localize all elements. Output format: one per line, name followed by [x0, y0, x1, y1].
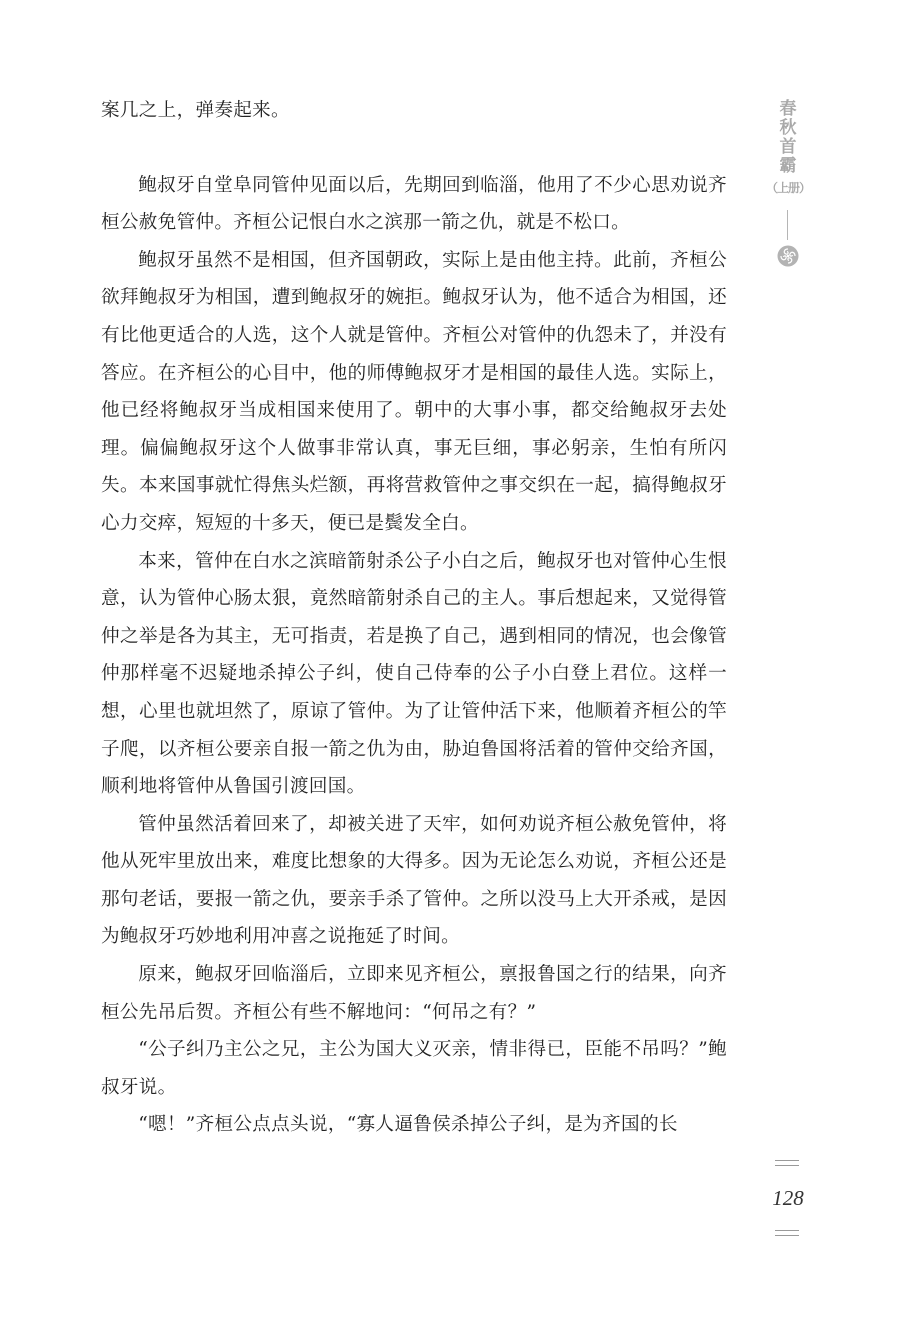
paragraph: 管仲虽然活着回来了，却被关进了天牢，如何劝说齐桓公赦免管仲，将他从死牢里放出来，…	[101, 806, 727, 956]
page-number: 128	[768, 1186, 808, 1211]
book-title-char: 首	[766, 138, 810, 157]
book-title-char: 霸	[766, 157, 810, 176]
folio-rule-bottom	[775, 1230, 799, 1236]
volume-label: （上册）	[766, 180, 810, 196]
book-page: 案几之上，弹奏起来。 鲍叔牙自堂阜同管仲见面以后，先期回到临淄，他用了不少心思劝…	[0, 0, 913, 1338]
paragraph: 本来，管仲在白水之滨暗箭射杀公子小白之后，鲍叔牙也对管仲心生恨意，认为管仲心肠太…	[101, 543, 727, 806]
paragraph: 鲍叔牙自堂阜同管仲见面以后，先期回到临淄，他用了不少心思劝说齐桓公赦免管仲。齐桓…	[101, 167, 727, 242]
paragraph: “嗯！”齐桓公点点头说，“寡人逼鲁侯杀掉公子纠，是为齐国的长	[101, 1106, 727, 1144]
paragraph: 原来，鲍叔牙回临淄后，立即来见齐桓公，禀报鲁国之行的结果，向齐桓公先吊后贺。齐桓…	[101, 956, 727, 1031]
swirl-emblem-icon	[777, 245, 799, 267]
paragraph: 鲍叔牙虽然不是相国，但齐国朝政，实际上是由他主持。此前，齐桓公欲拜鲍叔牙为相国，…	[101, 242, 727, 543]
folio-rule-top	[775, 1160, 799, 1166]
paragraph: “公子纠乃主公之兄，主公为国大义灭亲，情非得已，臣能不吊吗？”鲍叔牙说。	[101, 1031, 727, 1106]
book-title-char: 秋	[766, 119, 810, 138]
running-header-book-title: 春 秋 首 霸 （上册）	[766, 100, 810, 196]
body-text: 案几之上，弹奏起来。 鲍叔牙自堂阜同管仲见面以后，先期回到临淄，他用了不少心思劝…	[101, 92, 727, 1144]
header-divider-line	[787, 210, 788, 240]
book-title-char: 春	[766, 100, 810, 119]
paragraph: 案几之上，弹奏起来。	[101, 92, 727, 130]
